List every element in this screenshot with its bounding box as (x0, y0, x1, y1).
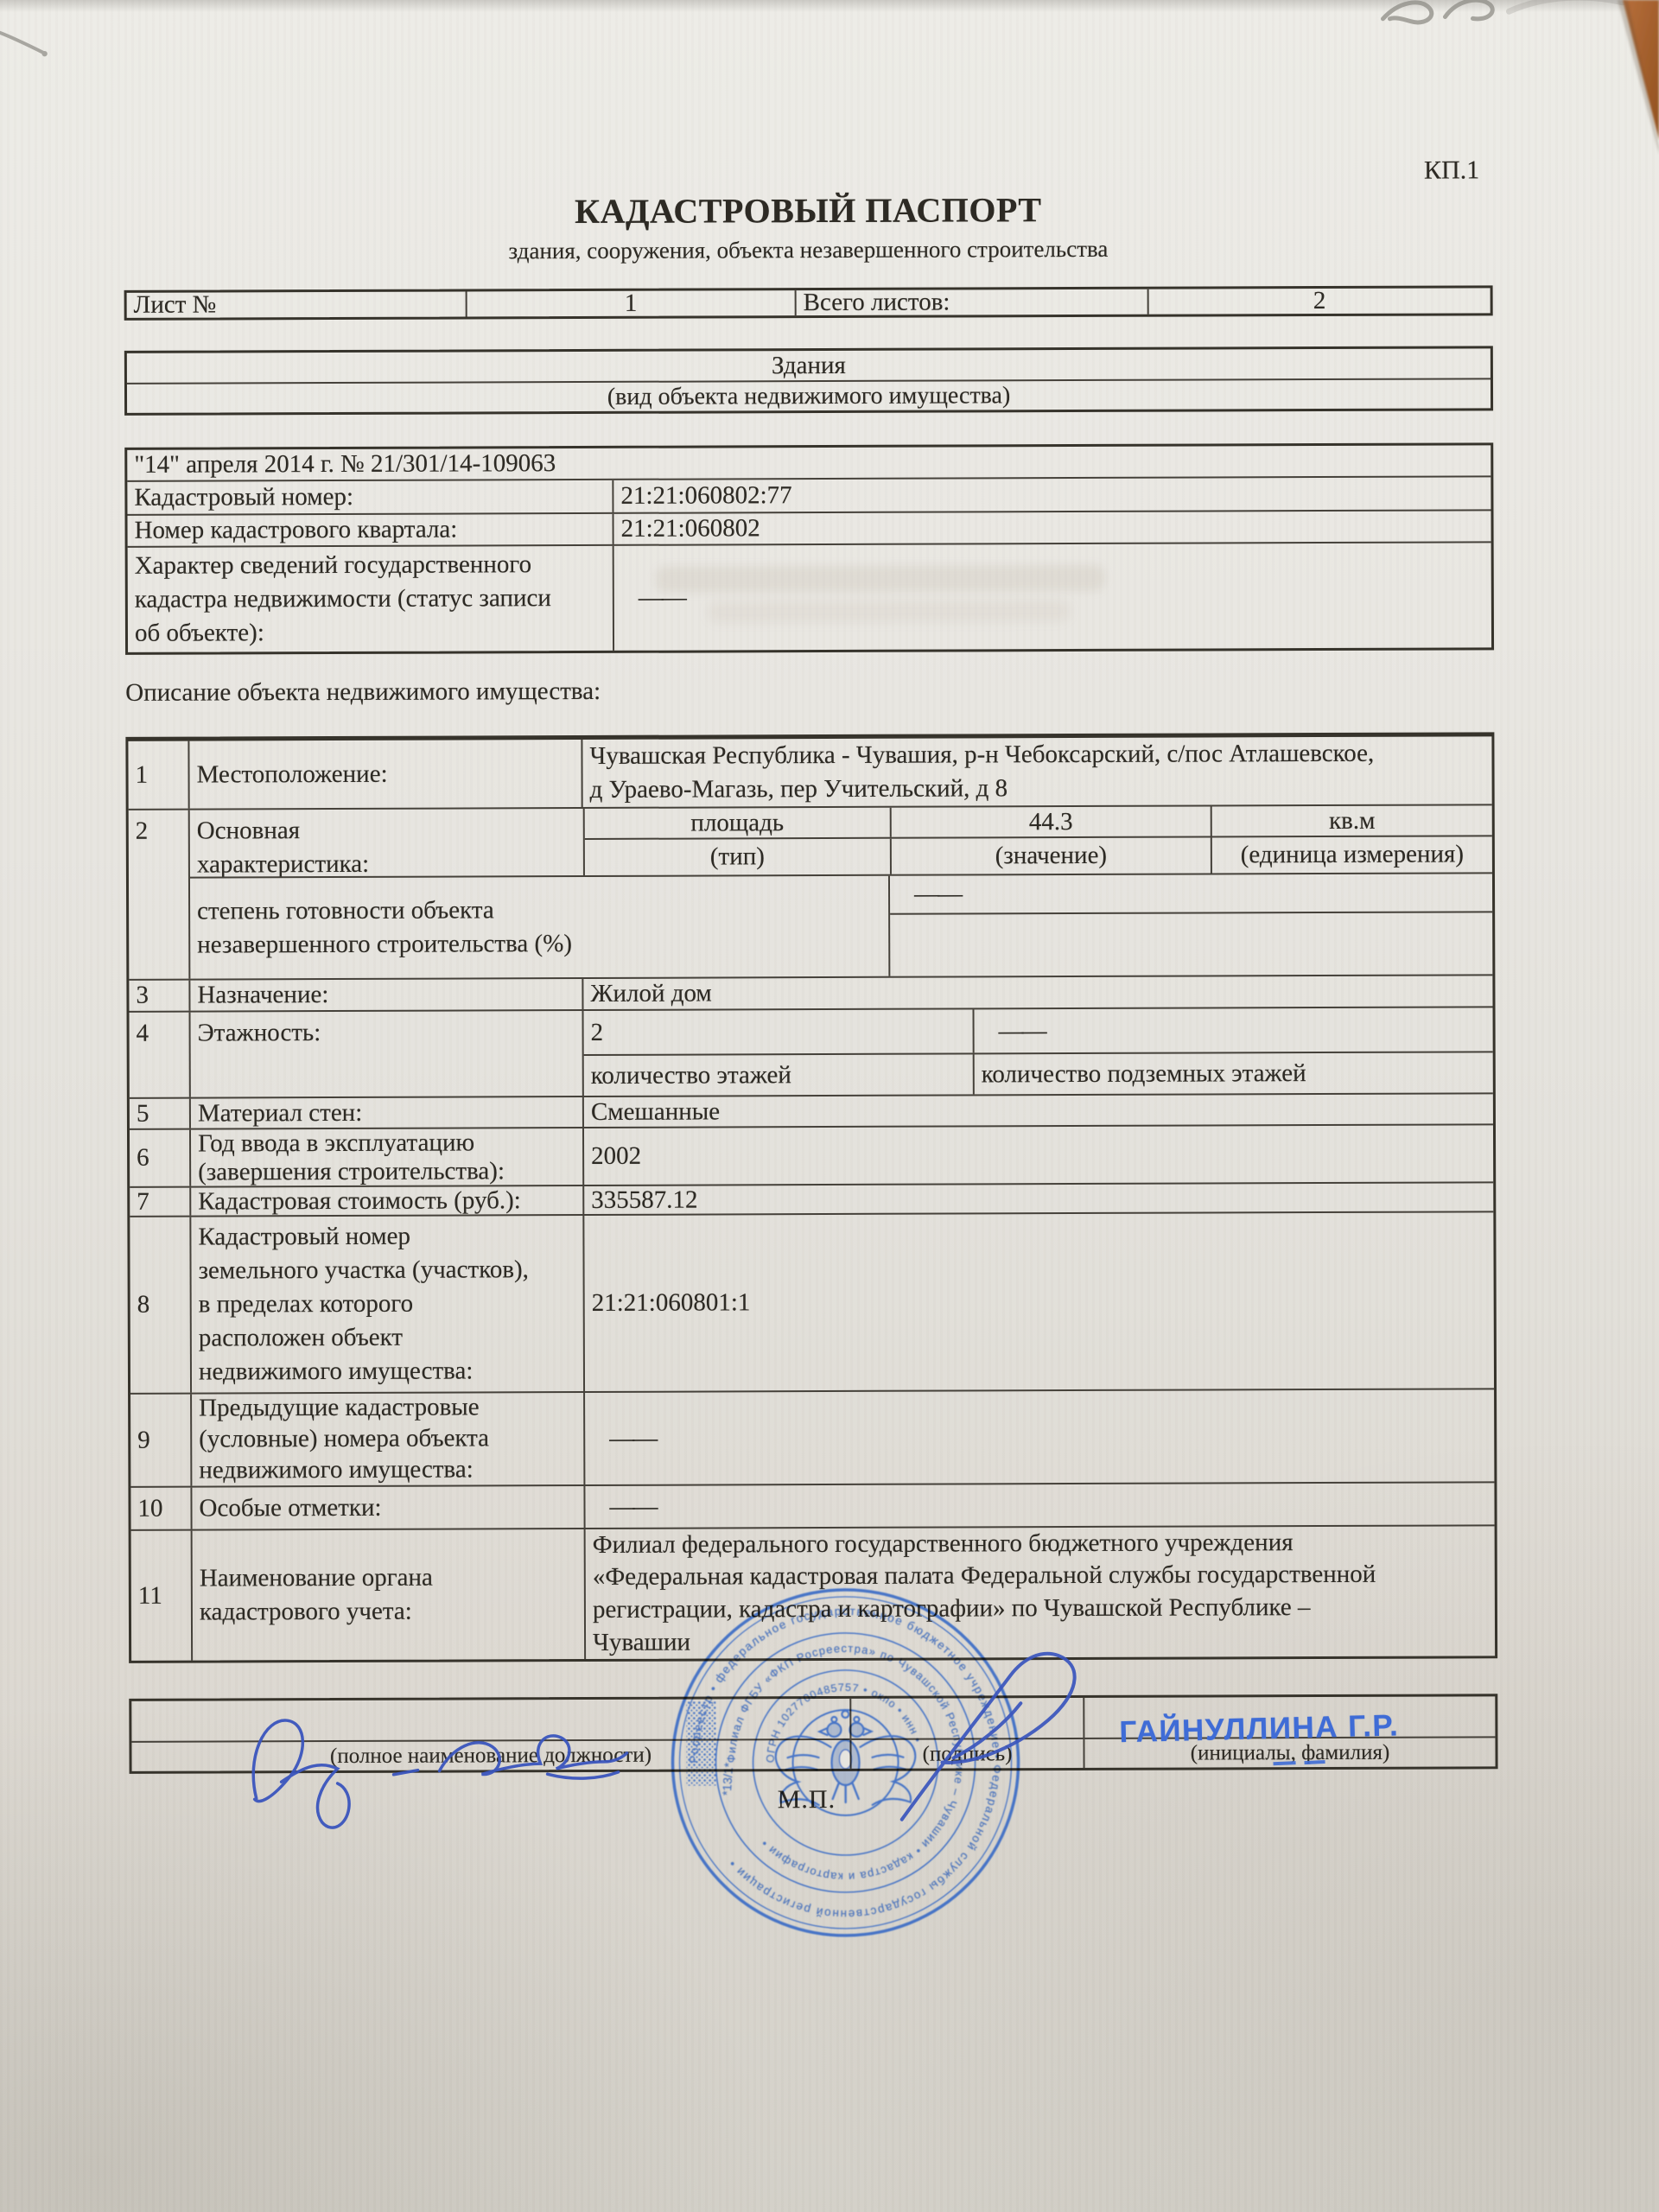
form-code: КП.1 (1404, 156, 1499, 185)
characteristic-type-value: площадь (585, 808, 890, 838)
row-value: 2002 (582, 1125, 1493, 1185)
title-block: КАДАСТРОВЫЙ ПАСПОРТ здания, сооружения, … (124, 188, 1492, 266)
row-label: Кадастровая стоимость (руб.): (189, 1186, 582, 1216)
row-value: Смешанные (582, 1094, 1493, 1127)
quarter-number-label: Номер кадастрового квартала: (128, 514, 613, 546)
total-sheets-value-cell: 2 (1147, 288, 1491, 314)
ink-bleed-smudge (656, 565, 1105, 593)
table-row-wall-material: 5 Материал стен: Смешанные (130, 1092, 1493, 1128)
status-label: Характер сведений государственного кадас… (128, 546, 613, 652)
sheet-label-cell: Лист № (127, 291, 466, 317)
pencil-mark-top-left (0, 32, 48, 56)
characteristic-unit-value: кв.м (1211, 805, 1492, 836)
row-number: 6 (130, 1130, 189, 1186)
sheet-number-table: Лист № 1 Всего листов: 2 (124, 285, 1493, 321)
characteristic-type-caption: (тип) (585, 839, 890, 875)
description-table: 1 Местоположение: Чувашская Республика -… (125, 732, 1497, 1663)
ink-bleed-smudge (708, 601, 1071, 622)
readiness-empty-cell (890, 912, 1492, 976)
sheet-number-cell: 1 (466, 290, 795, 316)
page-title: КАДАСТРОВЫЙ ПАСПОРТ (124, 188, 1492, 233)
row-value: 335587.12 (582, 1183, 1493, 1214)
cadastral-number-value: 21:21:060802:77 (612, 477, 1491, 512)
characteristic-amount-caption: (значение) (890, 837, 1211, 874)
signature-cell (849, 1698, 1083, 1738)
seal-place-mark: М.П. (778, 1785, 836, 1815)
pencil-scribble-top-right (1382, 0, 1623, 22)
row-value: Жилой дом (582, 976, 1492, 1009)
floors-value: 2 (584, 1009, 973, 1054)
characteristic-unit-caption: (единица измерения) (1211, 836, 1492, 873)
row-label: Год ввода в эксплуатацию (завершения стр… (189, 1128, 582, 1186)
quarter-number-row: Номер кадастрового квартала: 21:21:06080… (127, 509, 1491, 546)
table-row-commissioning-year: 6 Год ввода в эксплуатацию (завершения с… (130, 1123, 1493, 1186)
readiness-label: степень готовности объекта незавершенног… (190, 876, 888, 979)
status-value: —— (613, 543, 1491, 651)
table-row-floors: 4 Этажность: 2 —— количество этажей коли… (130, 1006, 1493, 1097)
total-sheets-label-cell: Всего листов: (795, 289, 1147, 315)
readiness-value: —— (890, 874, 1492, 914)
underground-floors-value: —— (973, 1007, 1493, 1052)
row-label: Предыдущие кадастровые (условные) номера… (190, 1393, 583, 1486)
row-number: 4 (130, 1013, 189, 1097)
row-number: 8 (130, 1217, 190, 1393)
row-label: Материал стен: (189, 1097, 582, 1128)
row-number: 7 (130, 1188, 189, 1216)
table-row-land-parcel-number: 8 Кадастровый номер земельного участка (… (130, 1211, 1494, 1393)
floors-caption: количество этажей (584, 1054, 973, 1096)
table-row-authority-name: 11 Наименование органа кадастрового учет… (131, 1524, 1496, 1661)
quarter-number-value: 21:21:060802 (613, 511, 1491, 544)
row-number: 5 (130, 1099, 189, 1128)
table-row-location: 1 Местоположение: Чувашская Республика -… (128, 736, 1491, 809)
row-label: Наименование органа кадастрового учета: (191, 1529, 585, 1661)
object-type-value: Здания (127, 348, 1491, 383)
position-signature-cell (131, 1699, 849, 1741)
row-label: Основная характеристика: (190, 809, 583, 877)
document-sheet: КП.1 КАДАСТРОВЫЙ ПАСПОРТ здания, сооруже… (0, 0, 1659, 2212)
cadastral-number-label: Кадастровый номер: (127, 480, 612, 513)
row-number: 11 (131, 1531, 192, 1661)
table-row-purpose: 3 Назначение: Жилой дом (129, 974, 1492, 1011)
row-number: 9 (130, 1395, 190, 1486)
row-value: —— (583, 1483, 1494, 1528)
row-number: 10 (130, 1488, 190, 1529)
row-label: Особые отметки: (190, 1486, 583, 1529)
page-subtitle: здания, сооружения, объекта незавершенно… (124, 234, 1492, 266)
sign-caption: (подпись) (849, 1739, 1083, 1769)
row-value: Филиал федерального государственного бюд… (584, 1526, 1496, 1659)
row-number: 2 (129, 810, 189, 979)
underground-floors-caption: количество подземных этажей (973, 1052, 1493, 1094)
table-row-cadastral-value: 7 Кадастровая стоимость (руб.): 335587.1… (130, 1181, 1493, 1216)
table-row-main-characteristic: 2 Основная характеристика: площадь 44.3 … (129, 804, 1493, 979)
position-caption: (полное наименование должности) (131, 1740, 849, 1771)
row-value: Чувашская Республика - Чувашия, р-н Чебо… (581, 736, 1491, 807)
row-label: Назначение: (188, 979, 582, 1011)
row-label: Этажность: (189, 1011, 582, 1097)
row-label: Местоположение: (188, 740, 581, 809)
table-row-special-notes: 10 Особые отметки: —— (130, 1481, 1494, 1529)
status-row: Характер сведений государственного кадас… (128, 542, 1491, 652)
characteristic-amount-value: 44.3 (890, 806, 1211, 836)
row-number: 1 (128, 741, 188, 809)
row-number: 3 (129, 981, 188, 1011)
object-type-caption: (вид объекта недвижимого имущества) (127, 378, 1491, 414)
object-type-table: Здания (вид объекта недвижимого имуществ… (124, 346, 1493, 416)
description-heading: Описание объекта недвижимого имущества: (125, 674, 1494, 708)
cadastral-number-row: Кадастровый номер: 21:21:060802:77 (127, 475, 1491, 514)
row-value: —— (583, 1389, 1494, 1484)
date-line-cell: "14" апреля 2014 г. № 21/301/14-109063 (127, 445, 1491, 480)
table-row-previous-numbers: 9 Предыдущие кадастровые (условные) номе… (130, 1388, 1494, 1486)
row-label: Кадастровый номер земельного участка (уч… (189, 1216, 583, 1393)
row-value: 21:21:060801:1 (582, 1212, 1494, 1391)
registration-table: "14" апреля 2014 г. № 21/301/14-109063 К… (124, 442, 1494, 655)
